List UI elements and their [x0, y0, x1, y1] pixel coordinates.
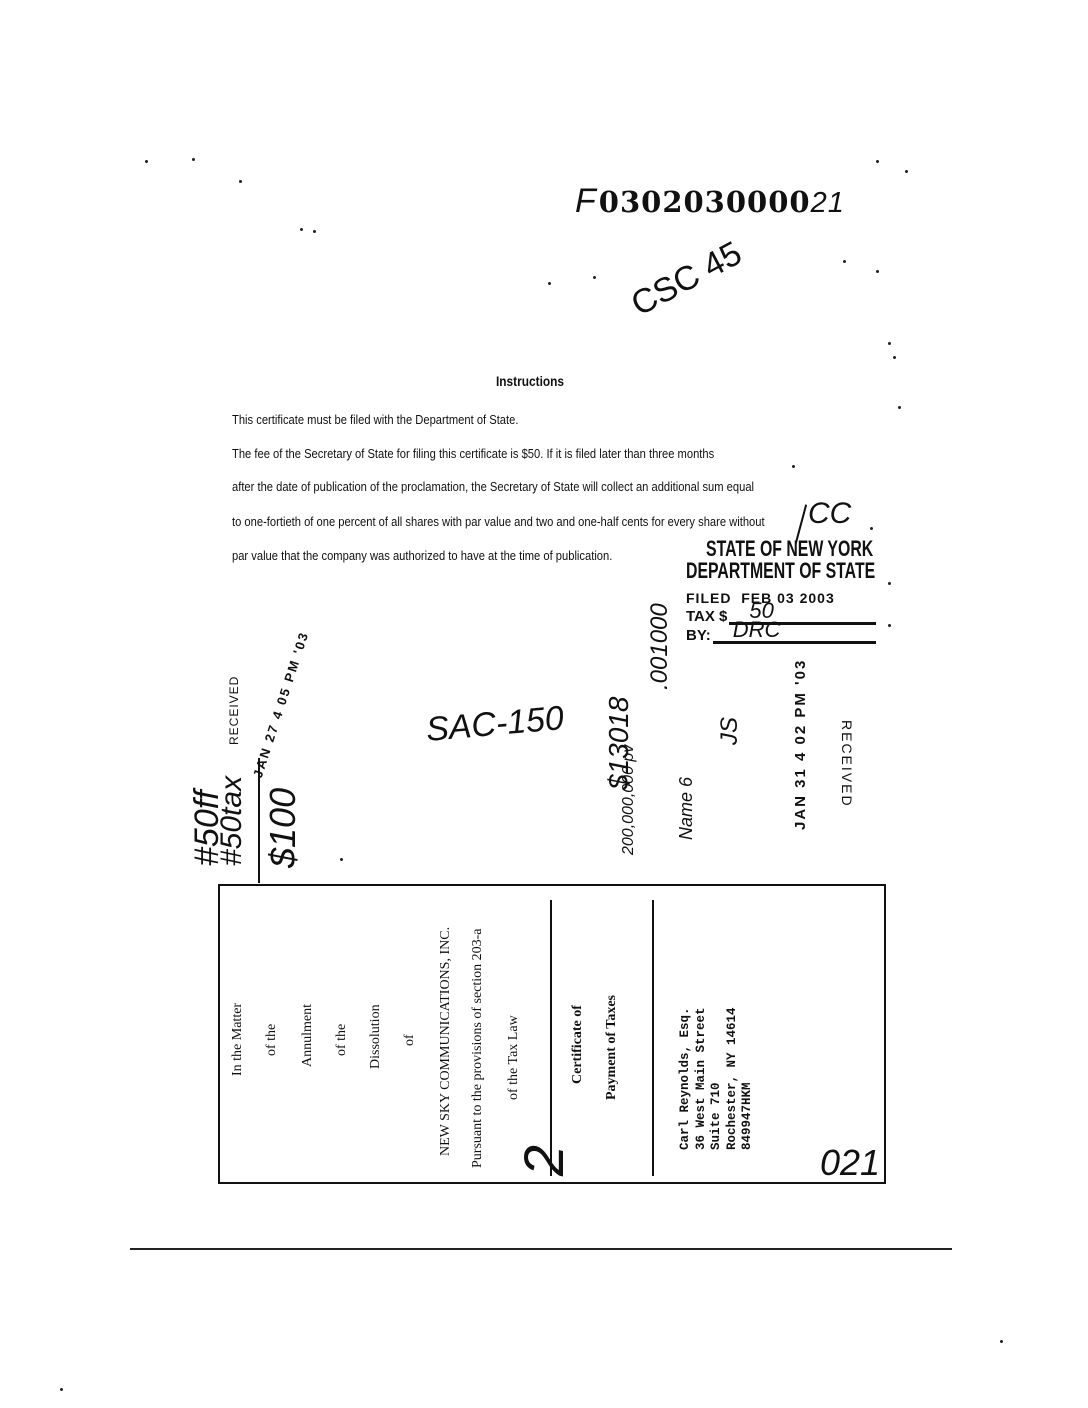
handwritten-fee-tax: #50tax: [215, 776, 249, 866]
handwritten-cc-code: CC: [808, 497, 851, 531]
handwritten-mark: 2: [511, 1145, 576, 1176]
stamp-by-initials: DRC: [733, 617, 781, 643]
stamp-tax-row: TAX $ 50: [686, 608, 876, 625]
scan-speck: [239, 180, 242, 183]
backer-filer-address: Carl Reynolds, Esq. 36 West Main Street …: [678, 1007, 756, 1150]
backer-divider: [652, 900, 654, 1176]
scan-speck: [300, 228, 303, 231]
instructions-line: The fee of the Secretary of State for fi…: [232, 446, 714, 461]
scan-speck: [548, 282, 551, 285]
instructions-paragraph-1: This certificate must be filed with the …: [232, 412, 518, 427]
scan-speck: [893, 356, 896, 359]
instructions-heading: Instructions: [80, 373, 981, 389]
scan-speck: [898, 406, 901, 409]
handwritten-csc-code: CSC 45: [625, 234, 748, 324]
backer-caption-line: In the Matter: [230, 1003, 246, 1076]
backer-divider: [550, 900, 552, 1176]
filer-street: 36 West Main Street: [694, 1007, 710, 1150]
handwritten-shares-count: 200,000,000 pv: [620, 745, 638, 855]
backer-caption-line: of: [402, 1034, 418, 1046]
stamp-filed-date: FILED FEB 03 2003: [686, 590, 876, 606]
filed-stamp: STATE OF NEW YORK DEPARTMENT OF STATE FI…: [686, 538, 876, 644]
backer-caption-line: Annulment: [300, 1004, 316, 1067]
received-stamp-left-label: RECEIVED: [227, 676, 241, 745]
backer-caption-line: Dissolution: [368, 1004, 384, 1069]
scan-speck: [876, 270, 879, 273]
instructions-line: to one-fortieth of one percent of all sh…: [232, 514, 765, 529]
filer-city: Rochester, NY 14614: [725, 1007, 741, 1150]
scan-speck: [313, 230, 316, 233]
received-stamp-right-date: JAN 31 4 02 PM '03: [792, 659, 809, 830]
stamp-by-row: BY: DRC: [686, 627, 876, 644]
instructions-line: after the date of publication of the pro…: [232, 479, 754, 494]
scan-speck: [1000, 1340, 1003, 1343]
backer-pursuant-line: of the Tax Law: [506, 1015, 522, 1100]
scan-speck: [888, 624, 891, 627]
received-stamp-right-label: RECEIVED: [839, 720, 855, 808]
scan-speck: [888, 342, 891, 345]
handwritten-rule: [258, 758, 260, 883]
filing-number-prefix: F: [575, 182, 597, 220]
instructions-line: par value that the company was authorize…: [232, 548, 612, 563]
backer-pursuant-line: Pursuant to the provisions of section 20…: [470, 928, 486, 1168]
handwritten-rate: .001000: [646, 603, 674, 690]
stamp-state: STATE OF NEW YORK: [706, 538, 828, 560]
scan-speck: [192, 158, 195, 161]
filer-suite: Suite 710: [709, 1007, 725, 1150]
bottom-rule: [130, 1248, 952, 1250]
filer-name: Carl Reynolds, Esq.: [678, 1007, 694, 1150]
scan-speck: [792, 465, 795, 468]
handwritten-sac-code: SAC-150: [425, 699, 566, 750]
handwritten-note-6: Name 6: [676, 777, 697, 840]
handwritten-fee-total: $100: [262, 788, 304, 868]
backer-doc-title: Certificate of: [570, 1005, 586, 1084]
scan-speck: [843, 260, 846, 263]
scan-speck: [876, 160, 879, 163]
scan-speck: [888, 582, 891, 585]
backer-company-name: NEW SKY COMMUNICATIONS, INC.: [438, 927, 454, 1156]
handwritten-page-number: 021: [820, 1142, 880, 1184]
scan-speck: [60, 1388, 63, 1391]
document-backer: In the Matter of the Annulment of the Di…: [218, 884, 886, 1184]
backer-caption-line: of the: [264, 1024, 280, 1056]
scan-speck: [905, 170, 908, 173]
scan-speck: [340, 858, 343, 861]
scan-speck: [870, 527, 873, 530]
scan-speck: [145, 160, 148, 163]
backer-doc-title: Payment of Taxes: [604, 995, 620, 1100]
handwritten-initials: JS: [716, 717, 744, 745]
filing-number-suffix: 21: [811, 187, 845, 219]
filing-number-digits: 0302030000: [599, 185, 811, 219]
stamp-department: DEPARTMENT OF STATE: [686, 560, 823, 582]
filing-number: F030203000021: [575, 182, 845, 221]
scan-speck: [593, 276, 596, 279]
backer-caption-line: of the: [334, 1024, 350, 1056]
filer-code: 849947HKM: [740, 1007, 756, 1150]
